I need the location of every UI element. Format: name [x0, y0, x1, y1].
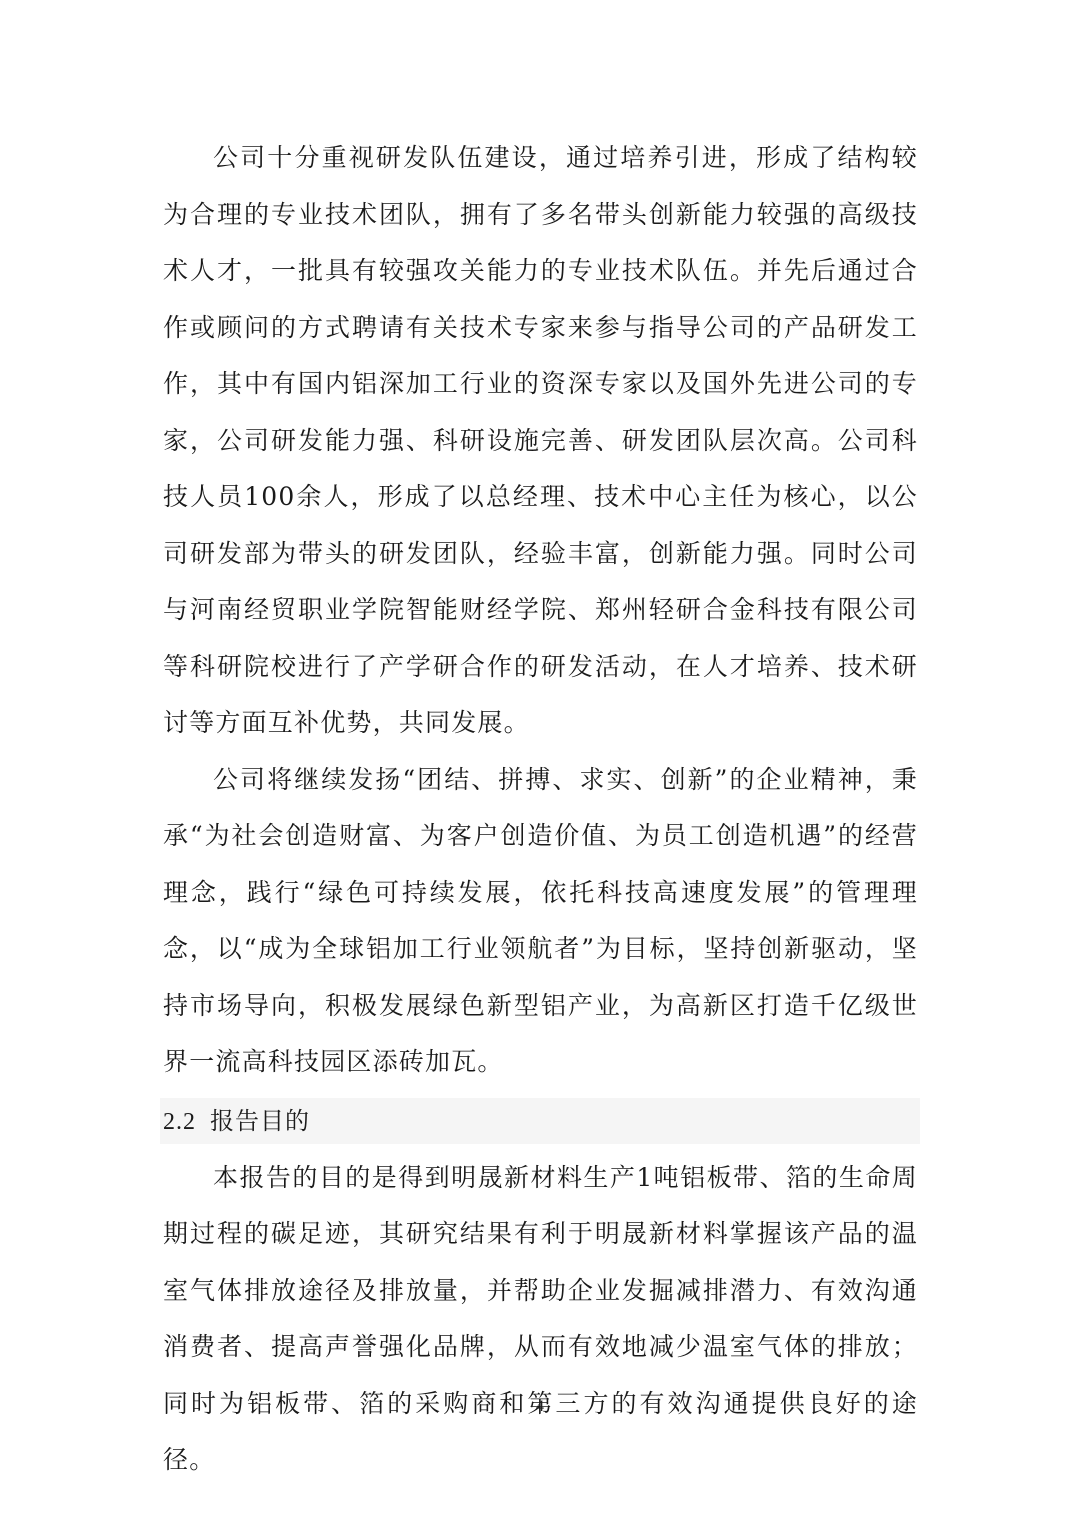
section-heading: 2.2报告目的 — [160, 1098, 920, 1144]
section-number: 2.2 — [163, 1109, 196, 1135]
paragraph-company-spirit: 公司将继续发扬“团结、拼搏、求实、创新”的企业精神，秉承“为社会创造财富、为客户… — [163, 752, 918, 1091]
paragraph-rd-team: 公司十分重视研发队伍建设，通过培养引进，形成了结构较为合理的专业技术团队，拥有了… — [163, 130, 918, 752]
paragraph-report-purpose: 本报告的目的是得到明晟新材料生产1吨铝板带、箔的生命周期过程的碳足迹，其研究结果… — [163, 1150, 918, 1489]
page-number: 4 — [0, 1398, 1080, 1416]
document-page: 公司十分重视研发队伍建设，通过培养引进，形成了结构较为合理的专业技术团队，拥有了… — [163, 130, 918, 1489]
section-title: 报告目的 — [210, 1107, 310, 1135]
